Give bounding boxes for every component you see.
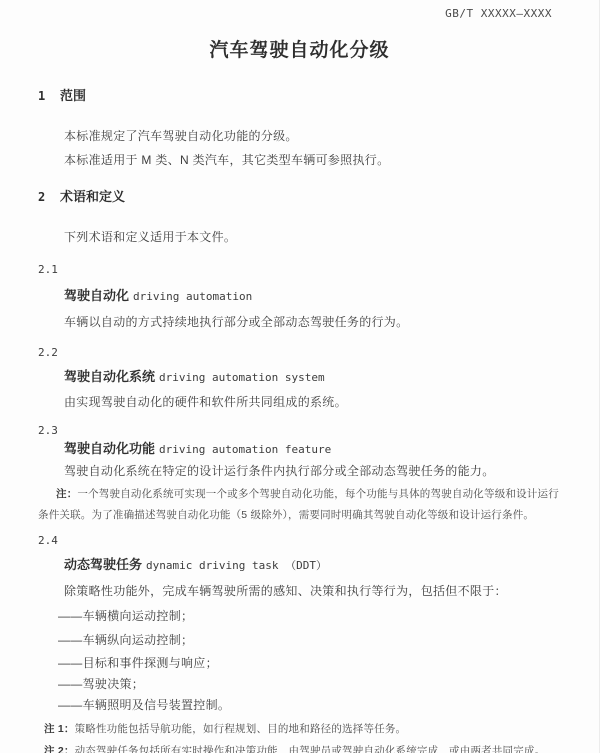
list-item: ——驾驶决策； (58, 676, 561, 692)
term-en: dynamic driving task （DDT） (146, 559, 327, 572)
term-zh: 驾驶自动化系统 (64, 369, 155, 384)
section-2-intro: 下列术语和定义适用于本文件。 (64, 229, 561, 245)
term-heading: 动态驾驶任务dynamic driving task （DDT） (64, 557, 561, 574)
note-text: 动态驾驶任务包括所有实时操作和决策功能，由驾驶员或驾驶自动化系统完成，或由两者共… (75, 745, 546, 753)
term-note: 注 2：动态驾驶任务包括所有实时操作和决策功能，由驾驶员或驾驶自动化系统完成，或… (44, 744, 561, 753)
section-1-paragraph: 本标准适用于 M 类、N 类汽车，其它类型车辆可参照执行。 (64, 152, 561, 168)
list-item: ——车辆纵向运动控制； (58, 632, 561, 648)
term-en: driving automation feature (159, 443, 331, 456)
section-2-number: 2 (38, 190, 60, 205)
section-2-title: 术语和定义 (60, 189, 125, 204)
section-1-paragraph: 本标准规定了汽车驾驶自动化功能的分级。 (64, 128, 561, 144)
term-heading: 驾驶自动化driving automation (64, 288, 561, 305)
term-note: 注：一个驾驶自动化系统可实现一个或多个驾驶自动化功能，每个功能与具体的驾驶自动化… (38, 484, 561, 526)
list-item: ——车辆横向运动控制； (58, 608, 561, 624)
term-number: 2.1 (38, 263, 561, 277)
term-en: driving automation (133, 290, 252, 303)
page-title: 汽车驾驶自动化分级 (38, 38, 561, 64)
term-en: driving automation system (159, 371, 325, 384)
term-heading: 驾驶自动化系统driving automation system (64, 369, 561, 386)
section-1-title: 范围 (60, 88, 86, 103)
note-text: 一个驾驶自动化系统可实现一个或多个驾驶自动化功能，每个功能与具体的驾驶自动化等级… (38, 488, 559, 521)
term-definition: 车辆以自动的方式持续地执行部分或全部动态驾驶任务的行为。 (64, 314, 561, 330)
section-1-number: 1 (38, 89, 60, 104)
term-zh: 驾驶自动化功能 (64, 441, 155, 456)
term-zh: 驾驶自动化 (64, 288, 129, 303)
note-label: 注 1： (44, 723, 75, 735)
list-item: ——目标和事件探测与响应； (58, 655, 561, 671)
standard-document-page: GB/T XXXXX—XXXX 汽车驾驶自动化分级 1范围 本标准规定了汽车驾驶… (0, 0, 600, 753)
doc-number: GB/T XXXXX—XXXX (38, 0, 552, 20)
term-definition: 由实现驾驶自动化的硬件和软件所共同组成的系统。 (64, 394, 561, 410)
term-heading: 驾驶自动化功能driving automation feature (64, 441, 561, 458)
term-number: 2.2 (38, 346, 561, 360)
term-number: 2.4 (38, 534, 561, 548)
note-text: 策略性功能包括导航功能，如行程规划、目的地和路径的选择等任务。 (75, 723, 407, 735)
note-label: 注 2： (44, 745, 75, 753)
term-note: 注 1：策略性功能包括导航功能，如行程规划、目的地和路径的选择等任务。 (44, 722, 561, 736)
note-label: 注： (56, 488, 77, 500)
term-zh: 动态驾驶任务 (64, 557, 142, 572)
section-2-heading: 2术语和定义 (38, 189, 561, 205)
term-number: 2.3 (38, 424, 561, 438)
section-1-heading: 1范围 (38, 88, 561, 104)
term-definition: 除策略性功能外，完成车辆驾驶所需的感知、决策和执行等行为，包括但不限于： (64, 583, 561, 599)
term-definition: 驾驶自动化系统在特定的设计运行条件内执行部分或全部动态驾驶任务的能力。 (64, 463, 561, 479)
list-item: ——车辆照明及信号装置控制。 (58, 697, 561, 713)
